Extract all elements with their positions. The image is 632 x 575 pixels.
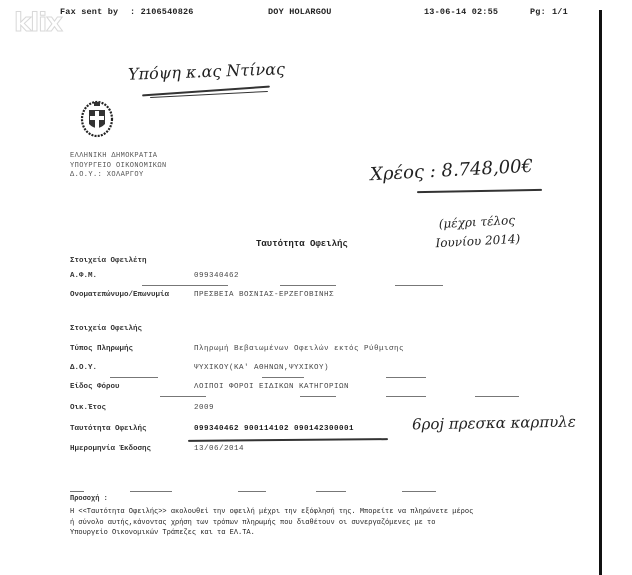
- period-note-line2: Ιουνίου 2014): [435, 230, 521, 253]
- issuer-tax-office: Δ.Ο.Υ.: ΧΟΛΑΡΓΟΥ: [70, 171, 167, 181]
- handwritten-attention-note: Υπόψη κ.ας Ντίνας: [128, 59, 286, 83]
- fiscal-year-value: 2009: [194, 404, 214, 412]
- handwritten-debt-label: Χρέος :: [370, 161, 437, 185]
- issuer-ministry: ΥΠΟΥΡΓΕΙΟ ΟΙΚΟΝΟΜΙΚΩΝ: [70, 162, 167, 172]
- payment-type-label: Τύπος Πληρωμής: [70, 345, 133, 353]
- handwritten-debt-amount: 8.748,00€: [441, 156, 534, 182]
- handwritten-debt-id-underline: [188, 438, 388, 441]
- debt-id-value: 099340462 900114102 090142300001: [194, 425, 354, 433]
- fax-sender-name: DOY HOLARGOU: [268, 7, 332, 17]
- fax-sent-by-label: Fax sent by: [60, 7, 118, 17]
- handwritten-debt: Χρέος : 8.748,00€: [370, 156, 534, 186]
- fax-page-label: Pg:: [530, 7, 546, 17]
- attention-label: Προσοχή :: [70, 495, 108, 503]
- payment-type-value: Πληρωμή Βεβαιωμένων Οφειλών εκτός Ρύθμισ…: [194, 345, 404, 353]
- name-label: Ονοματεπώνυμο/Επωνυμία: [70, 291, 169, 299]
- fax-sender-number: : 2106540826: [130, 7, 194, 17]
- attention-text: Η <<Ταυτότητα Οφειλής>> ακολουθεί την οφ…: [70, 507, 473, 539]
- tax-office-label: Δ.Ο.Υ.: [70, 364, 97, 372]
- handwritten-code-note: 6ροj πρεσκα καρπυλε: [412, 413, 576, 434]
- issue-date-label: Ημερομηνία Έκδοσης: [70, 445, 151, 453]
- tax-type-value: ΛΟΙΠΟΙ ΦΟΡΟΙ ΕΙΔΙΚΩΝ ΚΑΤΗΓΟΡΙΩΝ: [194, 383, 349, 391]
- afm-value: 099340462: [194, 272, 239, 280]
- afm-label: Α.Φ.Μ.: [70, 272, 97, 280]
- issuer-block: ΕΛΛΗΝΙΚΗ ΔΗΜΟΚΡΑΤΙΑ ΥΠΟΥΡΓΕΙΟ ΟΙΚΟΝΟΜΙΚΩ…: [70, 152, 167, 181]
- tax-office-value: ΨΥΧΙΚΟΥ(ΚΑ' ΑΘΗΝΩΝ,ΨΥΧΙΚΟΥ): [194, 364, 329, 372]
- fiscal-year-label: Οικ.Έτος: [70, 404, 106, 412]
- debt-section-heading: Στοιχεία Οφειλής: [70, 325, 142, 333]
- fax-page-value: 1/1: [552, 7, 568, 17]
- issue-date-value: 13/06/2014: [194, 445, 244, 453]
- fax-datetime: 13-06-14 02:55: [424, 7, 498, 17]
- name-value: ΠΡΕΣΒΕΙΑ ΒΟΣΝΙΑΣ-ΕΡΖΕΓΟΒΙΝΗΣ: [194, 291, 334, 299]
- greek-emblem-icon: [80, 100, 114, 140]
- tax-type-label: Είδος Φόρου: [70, 383, 120, 391]
- page-edge-bar: [599, 10, 602, 575]
- handwritten-period-note: (μέχρι τέλος Ιουνίου 2014): [434, 211, 521, 253]
- debt-id-label: Ταυτότητα Οφειλής: [70, 425, 147, 433]
- issuer-republic: ΕΛΛΗΝΙΚΗ ΔΗΜΟΚΡΑΤΙΑ: [70, 152, 167, 162]
- document-title: Ταυτότητα Οφειλής: [256, 239, 348, 249]
- handwritten-debt-underline: [417, 189, 542, 193]
- klix-watermark-logo: klix: [14, 8, 62, 38]
- debtor-section-heading: Στοιχεία Οφειλέτη: [70, 257, 147, 265]
